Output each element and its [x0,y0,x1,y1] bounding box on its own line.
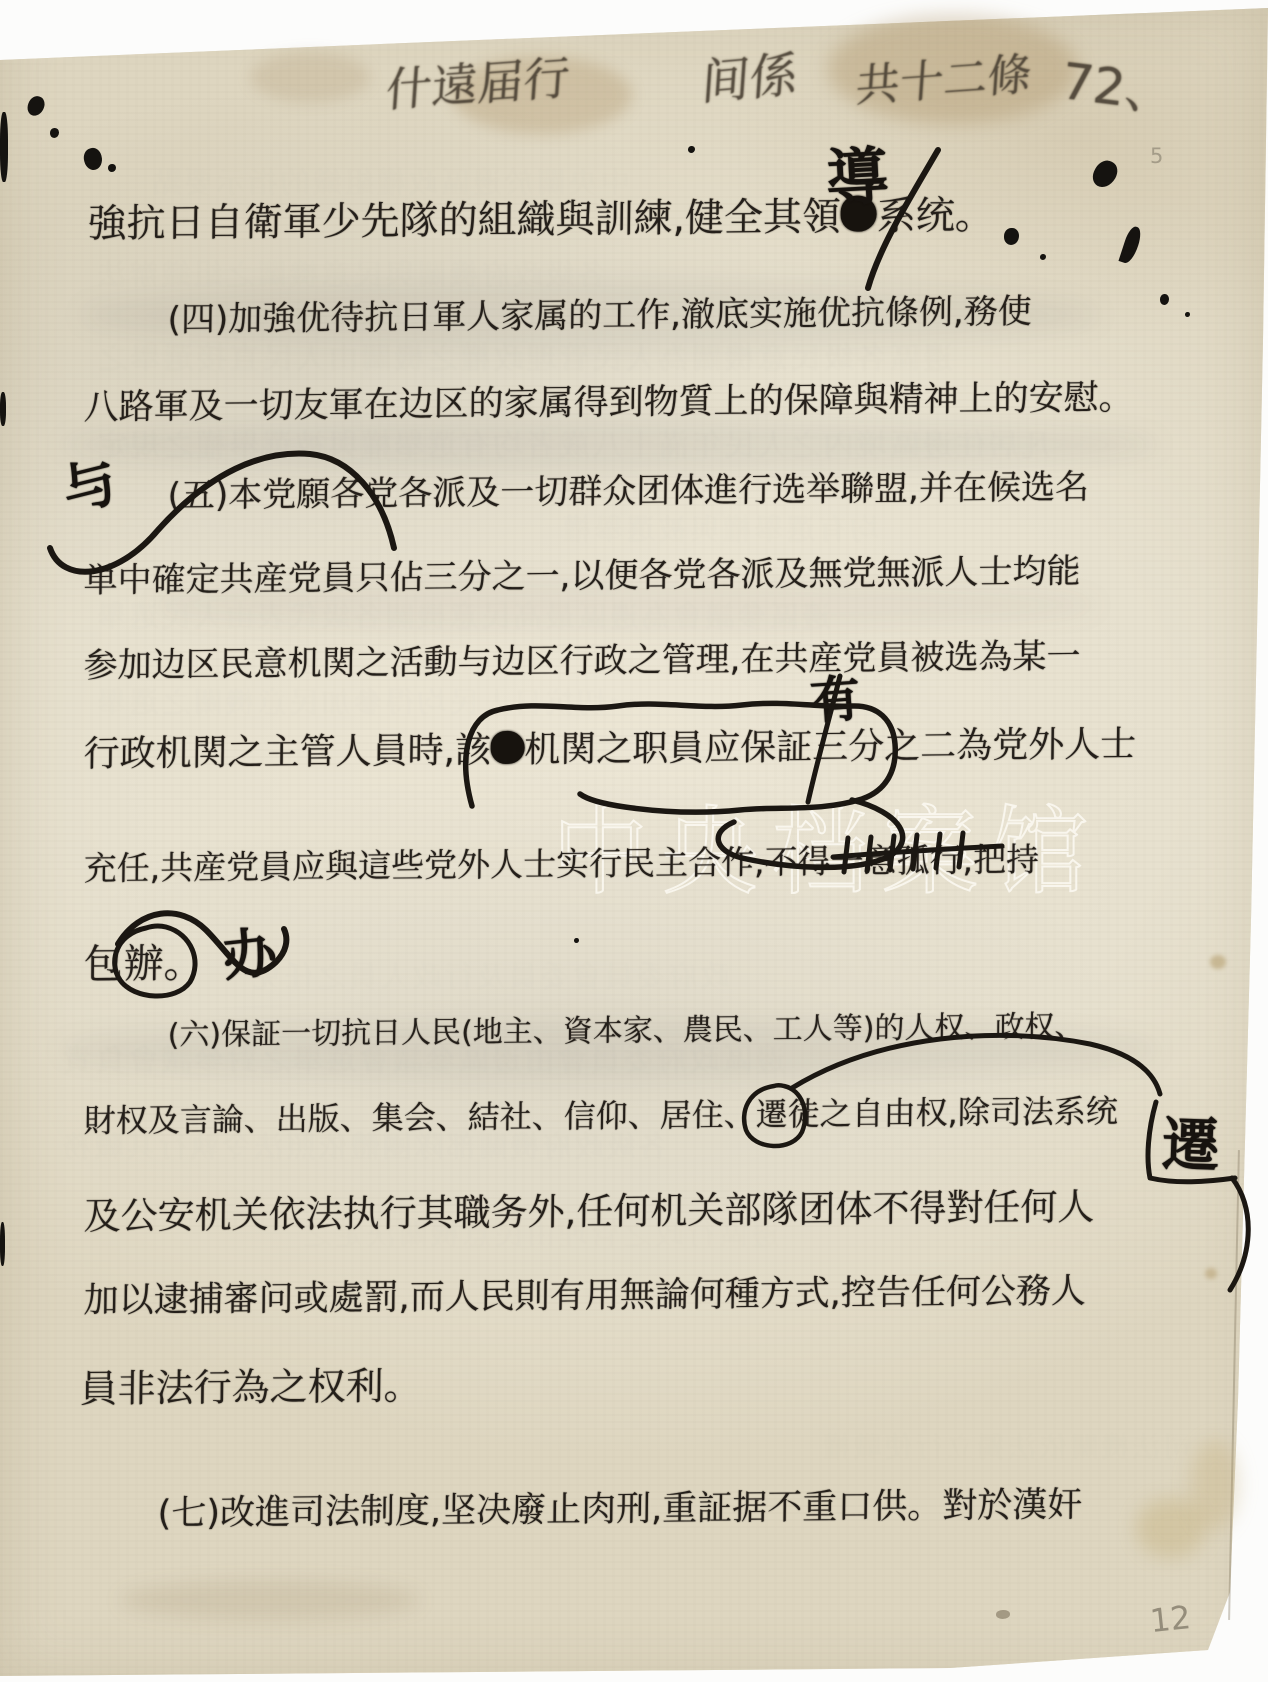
ink-spot-layer [0,0,1268,1682]
scanned-document: 中央關於邊區政權組織的指示要點各級政府機關與民意機關之組織辦法邊區各級民意機關為… [0,0,1268,1682]
